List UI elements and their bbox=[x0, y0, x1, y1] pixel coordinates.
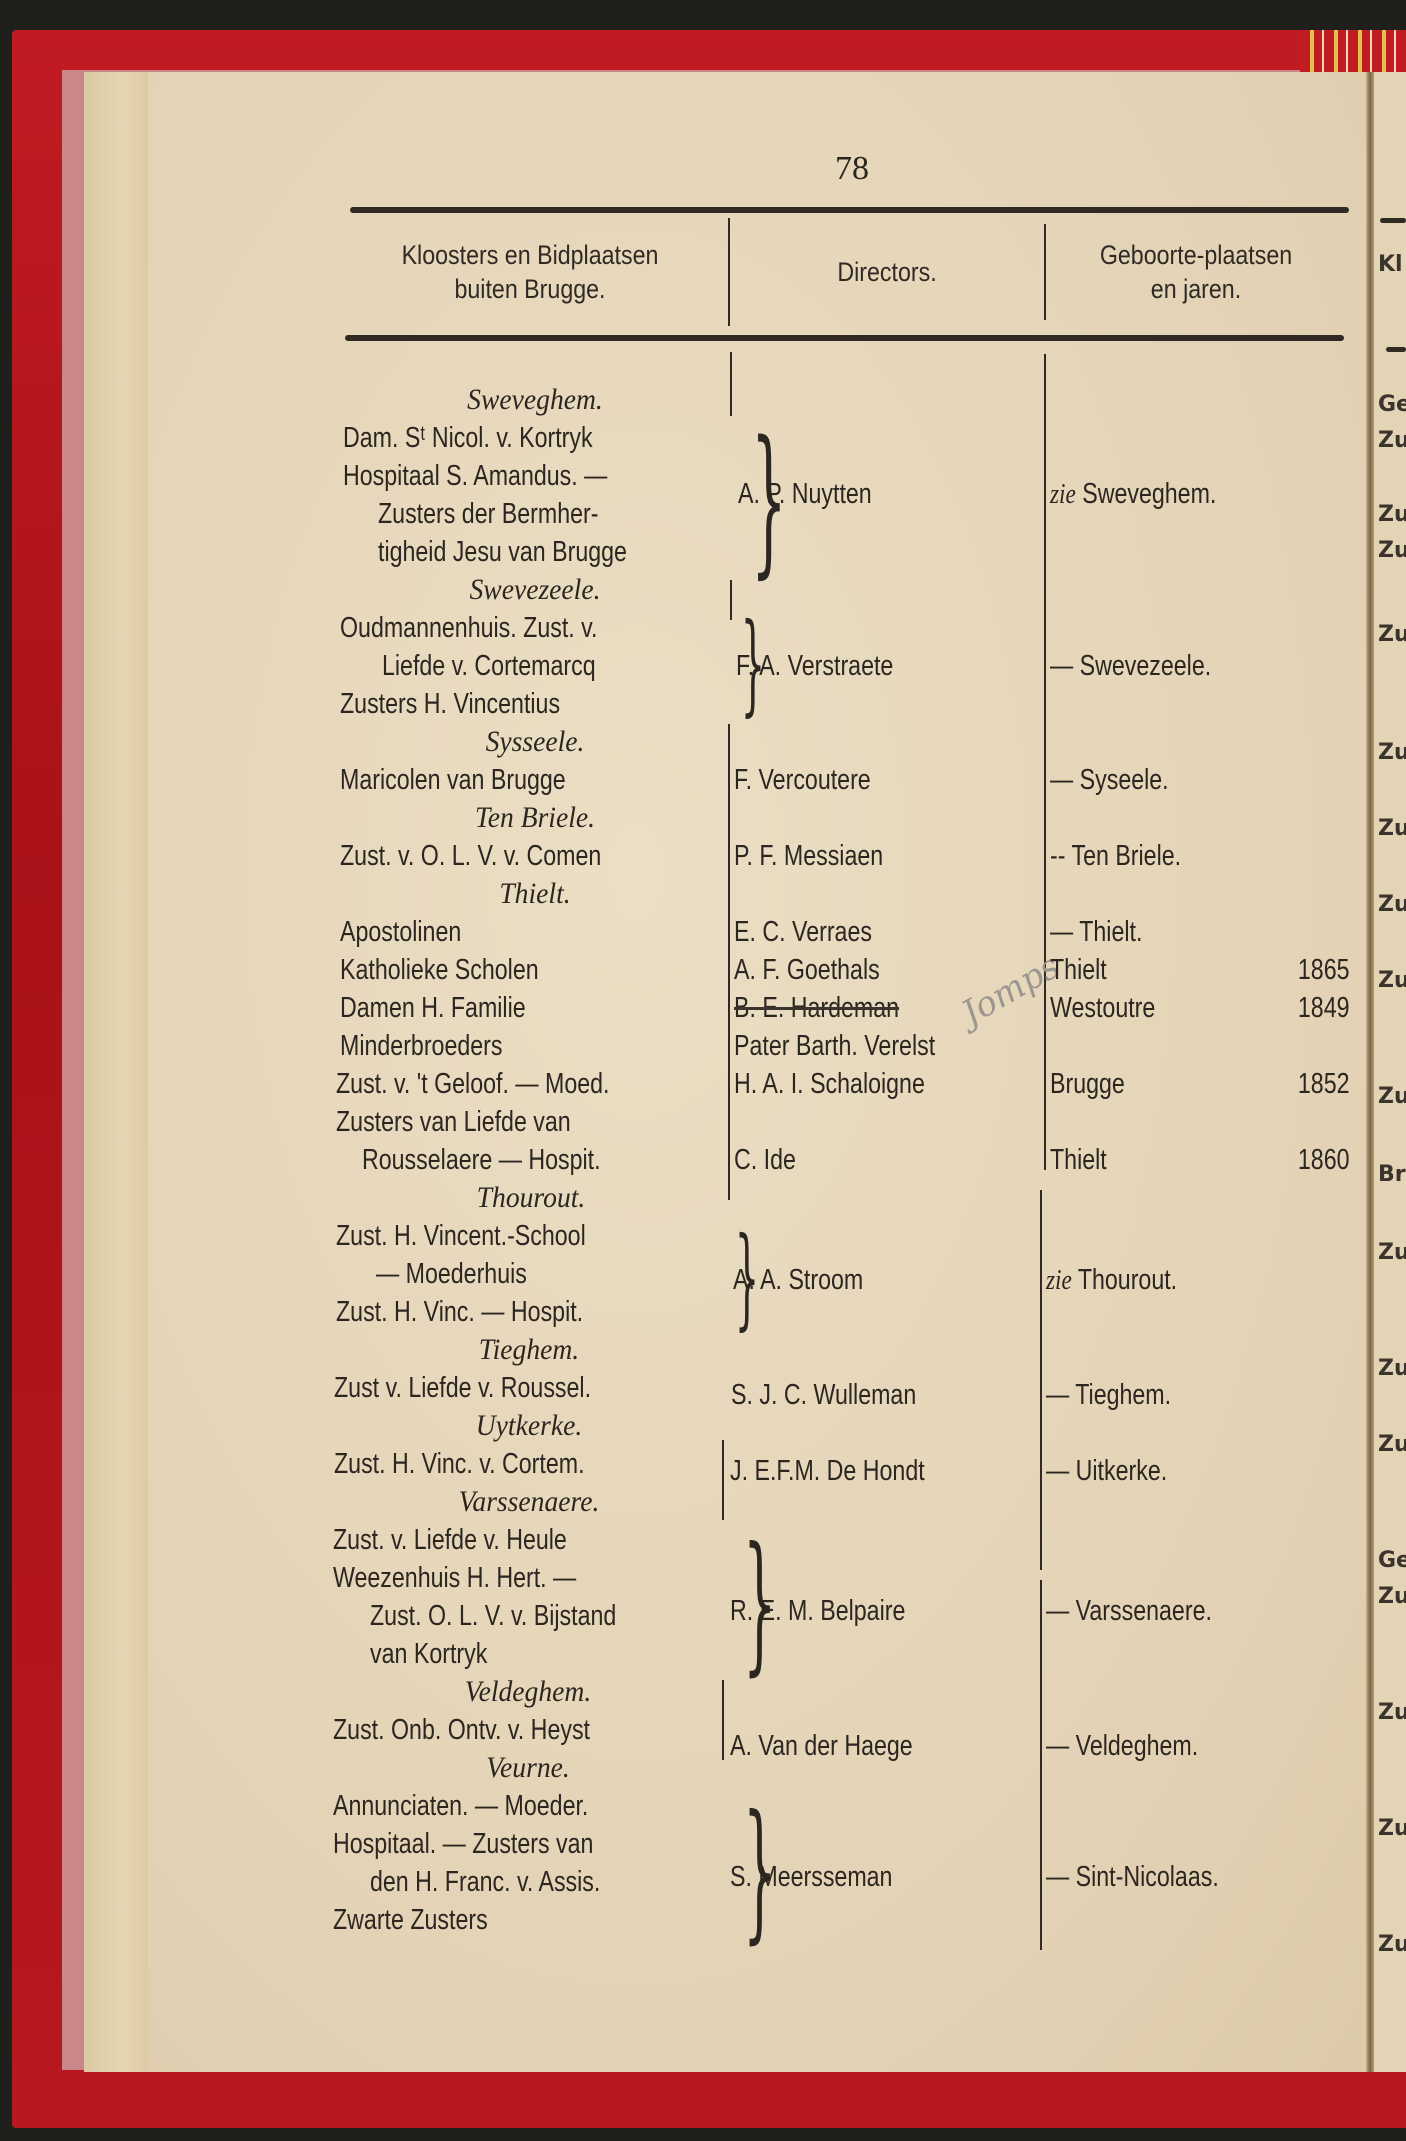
institution-line: Zusters van Liefde van bbox=[336, 1103, 571, 1141]
institution-line: Maricolen van Brugge bbox=[340, 761, 566, 799]
institution-line: Minderbroeders bbox=[340, 1027, 502, 1065]
next-page-fragment: Ge bbox=[1378, 1548, 1406, 1573]
director-name: E. C. Verraes bbox=[734, 913, 872, 951]
zie-label: zie bbox=[1050, 478, 1076, 510]
institution-line: Apostolinen bbox=[340, 913, 461, 951]
director-name: P. F. Messiaen bbox=[734, 837, 883, 875]
header-institutions: Kloosters en Bidplaatsen buiten Brugge. bbox=[358, 238, 702, 306]
birth-year: 1865 bbox=[1298, 951, 1350, 989]
header-top-rule bbox=[350, 207, 1349, 213]
institution-line: Katholieke Scholen bbox=[340, 951, 539, 989]
birth-place: zie Thourout. bbox=[1046, 1261, 1177, 1299]
institution-line: Liefde v. Cortemarcq bbox=[382, 647, 596, 685]
zie-label: zie bbox=[1046, 1264, 1072, 1296]
place-heading: Varssenaere. bbox=[350, 1483, 709, 1521]
col1-divider-seg bbox=[722, 1680, 724, 1760]
institution-line: Hospitaal. — Zusters van bbox=[333, 1825, 593, 1863]
header-divider-2 bbox=[1044, 224, 1046, 320]
next-page-rule bbox=[1380, 218, 1406, 223]
place-heading: Tieghem. bbox=[350, 1331, 709, 1369]
next-page-fragment: Zu bbox=[1378, 816, 1406, 841]
institution-line: Zust v. Liefde v. Roussel. bbox=[334, 1369, 591, 1407]
next-page-fragment: Zu bbox=[1378, 740, 1406, 765]
headband bbox=[1300, 30, 1406, 72]
institution-line: Dam. Sᵗ Nicol. v. Kortryk bbox=[343, 419, 593, 457]
header-divider-1 bbox=[728, 218, 730, 326]
place-heading: Sysseele. bbox=[356, 723, 715, 761]
director-name: A. A. Stroom bbox=[733, 1261, 863, 1299]
birth-place: — Varssenaere. bbox=[1046, 1592, 1212, 1630]
birth-year: 1849 bbox=[1298, 989, 1350, 1027]
place-heading: Sweveghem. bbox=[356, 381, 715, 419]
birth-place: — Swevezeele. bbox=[1050, 647, 1211, 685]
director-name: A. F. Goethals bbox=[734, 951, 880, 989]
place-heading: Veldeghem. bbox=[349, 1673, 708, 1711]
col1-divider-seg bbox=[730, 580, 732, 620]
col1-divider-seg bbox=[722, 1440, 724, 1520]
next-page-fragment: Zu bbox=[1378, 1240, 1406, 1265]
next-page-fragment: Zu bbox=[1378, 1932, 1406, 1957]
birth-place: -- Ten Briele. bbox=[1050, 837, 1181, 875]
birth-place: Brugge bbox=[1050, 1065, 1125, 1103]
director-name: H. A. I. Schaloigne bbox=[734, 1065, 925, 1103]
director-name: F. Vercoutere bbox=[734, 761, 871, 799]
next-page-fragment: Zu bbox=[1378, 892, 1406, 917]
director-name: A. P. Nuytten bbox=[738, 475, 872, 513]
birth-place: zie Sweveghem. bbox=[1050, 475, 1216, 513]
gutter bbox=[1366, 72, 1374, 2072]
col1-divider-seg bbox=[728, 724, 730, 1200]
institution-line: Annunciaten. — Moeder. bbox=[333, 1787, 588, 1825]
birth-place: — Thielt. bbox=[1050, 913, 1142, 951]
director-name: R. E. M. Belpaire bbox=[730, 1592, 905, 1630]
director-name: A. Van der Haege bbox=[730, 1727, 913, 1765]
institution-line: Zust. v. O. L. V. v. Comen bbox=[340, 837, 601, 875]
institution-line: — Moederhuis bbox=[376, 1255, 527, 1293]
institution-line: Zusters H. Vincentius bbox=[340, 685, 560, 723]
birth-year: 1852 bbox=[1298, 1065, 1350, 1103]
institution-line: Weezenhuis H. Hert. — bbox=[333, 1559, 576, 1597]
next-page-fragment: Zu bbox=[1378, 1700, 1406, 1725]
institution-line: Zust. v. 't Geloof. — Moed. bbox=[336, 1065, 609, 1103]
place-heading: Swevezeele. bbox=[356, 571, 715, 609]
institution-line: Zust. H. Vinc. — Hospit. bbox=[336, 1293, 583, 1331]
institution-line: Zust. Onb. Ontv. v. Heyst bbox=[333, 1711, 590, 1749]
next-page-fragment: Zu bbox=[1378, 502, 1406, 527]
birth-place: — Tieghem. bbox=[1046, 1376, 1171, 1414]
next-page-fragment: Zu bbox=[1378, 428, 1406, 453]
birth-place: — Sint-Nicolaas. bbox=[1046, 1858, 1219, 1896]
col1-divider-seg bbox=[730, 352, 732, 416]
institution-line: den H. Franc. v. Assis. bbox=[370, 1863, 600, 1901]
next-page-fragment: Br bbox=[1378, 1162, 1406, 1187]
director-name: S. J. C. Wulleman bbox=[731, 1376, 916, 1414]
header-bottom-rule bbox=[345, 335, 1344, 341]
next-page bbox=[1374, 72, 1406, 2072]
institution-line: Zusters der Bermher- bbox=[378, 495, 598, 533]
institution-line: Damen H. Familie bbox=[340, 989, 526, 1027]
director-name: Pater Barth. Verelst bbox=[734, 1027, 935, 1065]
header-birth: Geboorte-plaatsen en jaren. bbox=[1067, 238, 1325, 306]
place-heading: Veurne. bbox=[349, 1749, 708, 1787]
col2-divider-seg bbox=[1040, 1580, 1042, 1950]
next-page-fragment: Zu bbox=[1378, 1816, 1406, 1841]
institution-line: Oudmannenhuis. Zust. v. bbox=[340, 609, 597, 647]
next-page-fragment: Zu bbox=[1378, 1084, 1406, 1109]
next-page-fragment: Zu bbox=[1378, 622, 1406, 647]
next-page-fragment: Zu bbox=[1378, 968, 1406, 993]
director-name: S. Meersseman bbox=[730, 1858, 892, 1896]
header-directors: Directors. bbox=[752, 255, 1022, 289]
next-page-fragment: Ge bbox=[1378, 392, 1406, 417]
place-heading: Thourout. bbox=[352, 1179, 711, 1217]
birth-place: Thielt bbox=[1050, 951, 1107, 989]
next-page-fragment: Zu bbox=[1378, 1584, 1406, 1609]
next-page-header-fragment: Kl bbox=[1378, 252, 1403, 277]
birth-place: — Uitkerke. bbox=[1046, 1452, 1167, 1490]
institution-line: Zust. v. Liefde v. Heule bbox=[333, 1521, 567, 1559]
next-page-fragment: Zu bbox=[1378, 538, 1406, 563]
birth-place: — Veldeghem. bbox=[1046, 1727, 1198, 1765]
next-page-fragment: Zu bbox=[1378, 1356, 1406, 1381]
next-page-rule bbox=[1386, 347, 1406, 352]
birth-year: 1860 bbox=[1298, 1141, 1350, 1179]
birth-place: Thielt bbox=[1050, 1141, 1107, 1179]
institution-line: Hospitaal S. Amandus. — bbox=[343, 457, 607, 495]
institution-line: van Kortryk bbox=[370, 1635, 487, 1673]
institution-line: Zust. O. L. V. v. Bijstand bbox=[370, 1597, 616, 1635]
place-heading: Uytkerke. bbox=[350, 1407, 709, 1445]
institution-line: Zust. H. Vincent.-School bbox=[336, 1217, 586, 1255]
institution-line: Zust. H. Vinc. v. Cortem. bbox=[334, 1445, 585, 1483]
page-number: 78 bbox=[822, 150, 882, 188]
col2-divider-seg bbox=[1040, 1190, 1042, 1570]
birth-place: Westoutre bbox=[1050, 989, 1155, 1027]
next-page-fragment: Zu bbox=[1378, 1432, 1406, 1457]
director-name: J. E.F.M. De Hondt bbox=[730, 1452, 925, 1490]
place-heading: Thielt. bbox=[356, 875, 715, 913]
institution-line: tigheid Jesu van Brugge bbox=[378, 533, 627, 571]
birth-place: — Syseele. bbox=[1050, 761, 1169, 799]
director-name-struck: B. E. Hardeman bbox=[734, 989, 899, 1027]
place-heading: Ten Briele. bbox=[356, 799, 715, 837]
institution-line: Rousselaere — Hospit. bbox=[362, 1141, 601, 1179]
institution-line: Zwarte Zusters bbox=[333, 1901, 488, 1939]
director-name: F. A. Verstraete bbox=[736, 647, 893, 685]
director-name: C. Ide bbox=[734, 1141, 796, 1179]
col2-divider-seg bbox=[1044, 354, 1046, 1170]
